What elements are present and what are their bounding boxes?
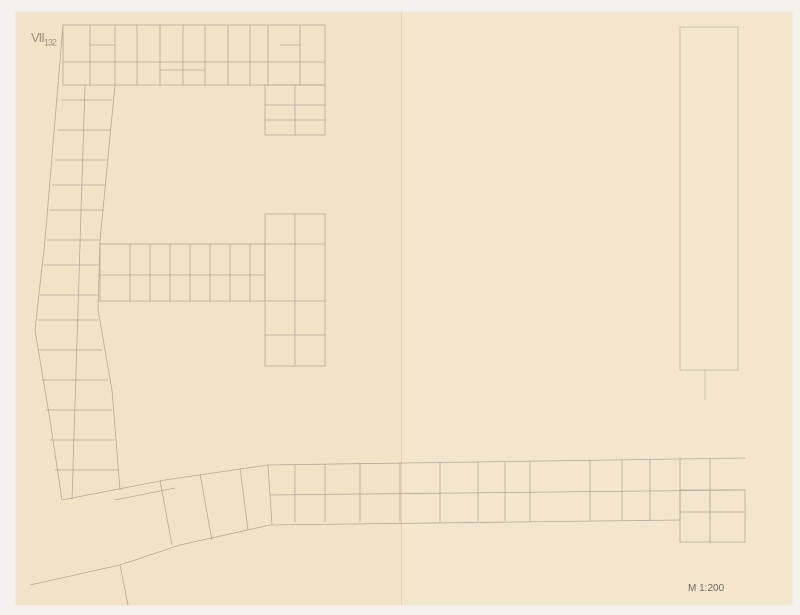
west-wing — [35, 25, 120, 500]
north-wing — [63, 25, 325, 135]
scale-label: M 1:200 — [688, 583, 724, 594]
sheet-number-label: VII132 — [31, 30, 56, 48]
south-wing — [30, 458, 745, 605]
floor-plan-drawing — [0, 0, 800, 615]
sheet-number: VII — [31, 30, 44, 45]
right-outline-rectangle — [680, 27, 738, 370]
middle-cross-wing — [100, 214, 325, 366]
sheet-subnumber: 132 — [44, 38, 56, 48]
